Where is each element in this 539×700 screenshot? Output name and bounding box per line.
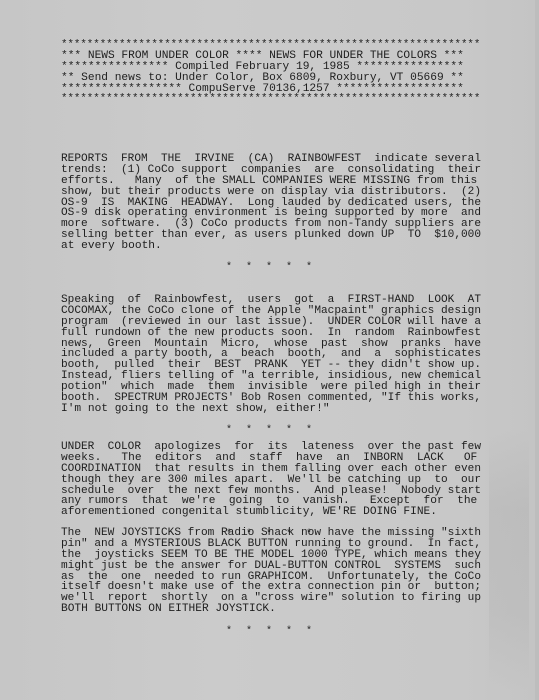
article-joysticks: The NEW JOYSTICKS from Radio Shack now h… bbox=[61, 528, 481, 638]
masthead: ****************************************… bbox=[61, 40, 480, 105]
article-cocomax: Speaking of Rainbowfest, users got a FIR… bbox=[61, 295, 481, 437]
section-separator: * * * * * bbox=[61, 627, 481, 638]
article-line: full rundown of the new products soon. I… bbox=[61, 328, 481, 339]
section-separator: * * * * * bbox=[61, 426, 481, 437]
article-line: show, but their products were on display… bbox=[61, 187, 481, 198]
scanned-page: ****************************************… bbox=[0, 0, 539, 700]
masthead-line: ****************************************… bbox=[61, 94, 480, 105]
article-line: I'm not going to the next show, either!" bbox=[61, 404, 481, 415]
article-rainbowfest-trends: REPORTS FROM THE IRVINE (CA) RAINBOWFEST… bbox=[61, 154, 481, 274]
section-separator: * * * * * bbox=[61, 263, 481, 274]
bleed-through-shadow bbox=[489, 430, 529, 690]
article-line: BOTH BUTTONS ON EITHER JOYSTICK. bbox=[61, 604, 481, 615]
article-line: at every booth. bbox=[61, 241, 481, 252]
article-line: aforementioned congenital stumblicity, W… bbox=[61, 507, 481, 518]
article-line: might just be the answer for DUAL-BUTTON… bbox=[61, 561, 481, 572]
masthead-line: ** Send news to: Under Color, Box 6809, … bbox=[61, 73, 480, 84]
article-line: though they are 300 miles apart. We'll b… bbox=[61, 475, 481, 486]
page-edge bbox=[535, 0, 539, 700]
